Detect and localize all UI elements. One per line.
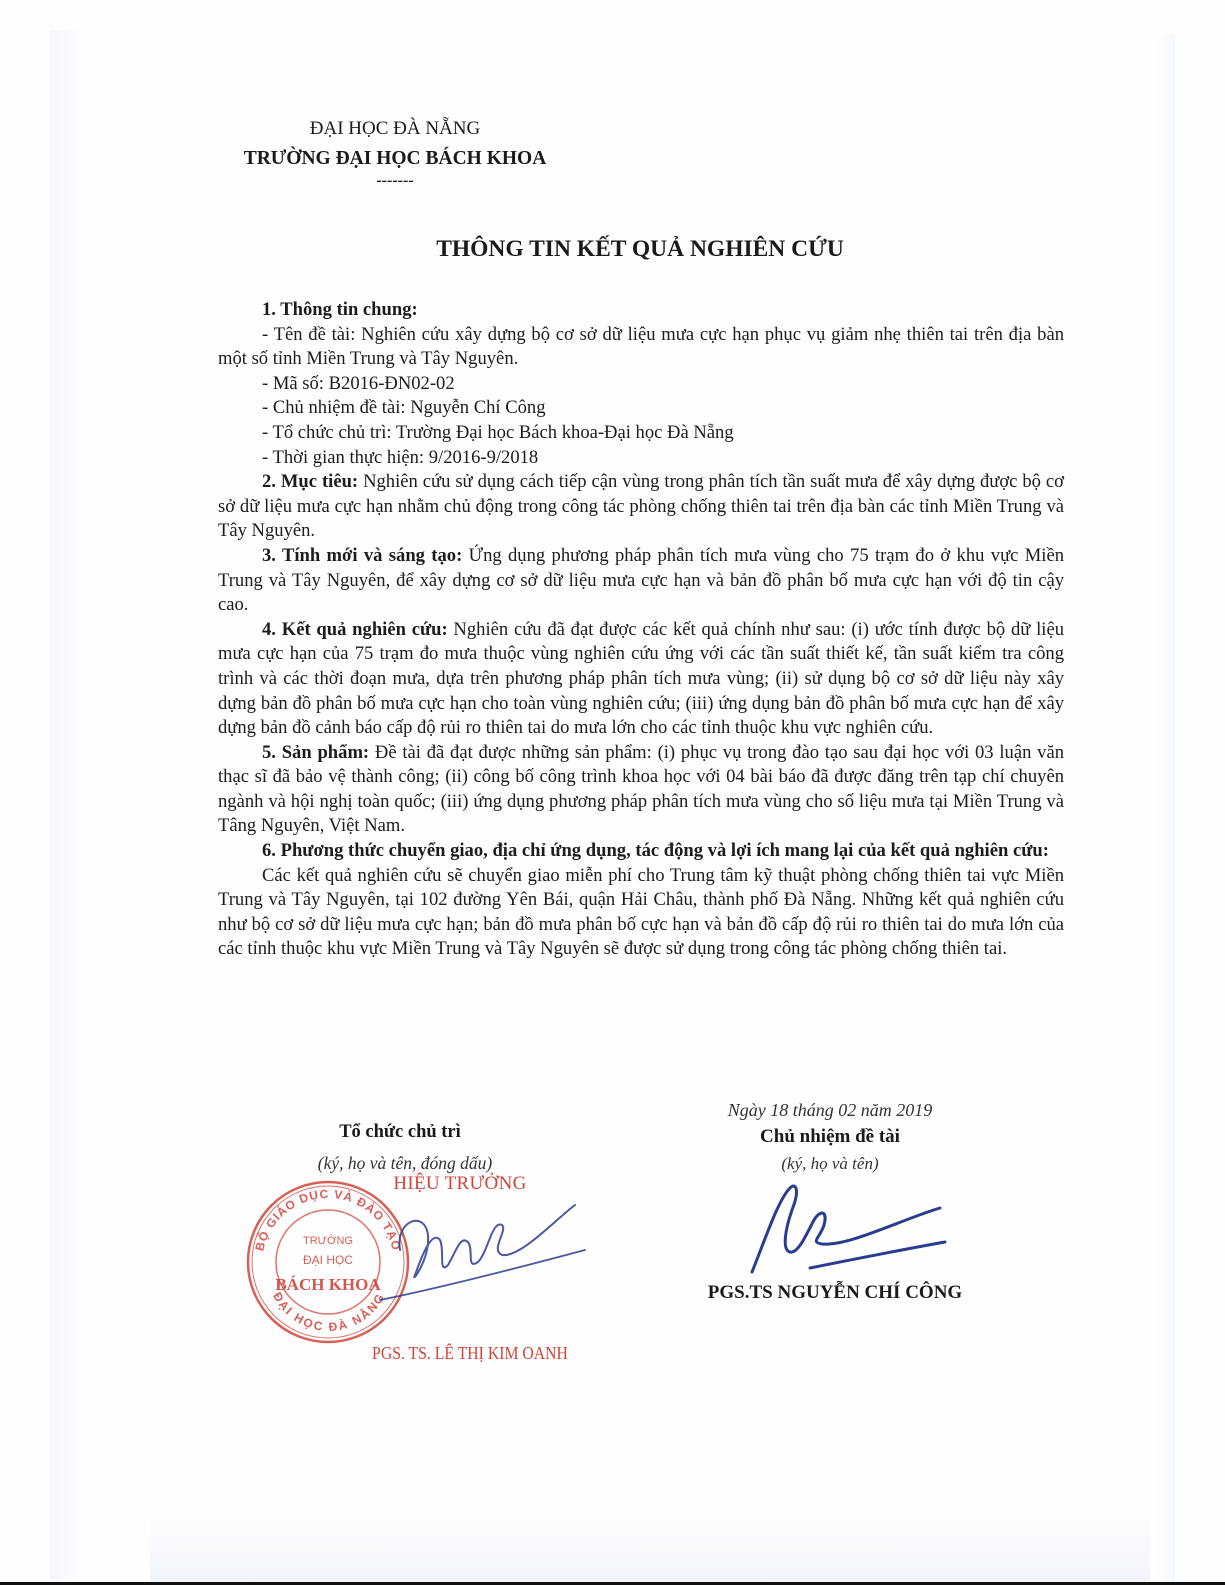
host-line: - Tổ chức chủ trì: Trường Đại học Bách k…: [218, 421, 1064, 446]
section-transfer-text: Các kết quả nghiên cứu sẽ chuyển giao mi…: [218, 864, 1064, 962]
stamp-line1: TRƯỜNG: [303, 1234, 353, 1247]
header-separator: -------: [350, 172, 440, 190]
project-lead-signature: [740, 1180, 960, 1280]
scan-edge-right: [1155, 35, 1175, 1585]
objective-heading: 2. Mục tiêu:: [262, 471, 358, 492]
stamp-line3: BÁCH KHOA: [275, 1275, 381, 1294]
scan-bottom-shade: [150, 1510, 1150, 1582]
host-signature: [370, 1180, 590, 1310]
host-org-signatory-name: PGS. TS. LÊ THỊ KIM OANH: [353, 1343, 587, 1364]
project-lead-title: Chủ nhiệm đề tài: [720, 1126, 940, 1148]
section-general-heading: 1. Thông tin chung:: [218, 298, 1064, 323]
host-org-title: Tổ chức chủ trì: [300, 1122, 500, 1143]
document-body: 1. Thông tin chung: - Tên đề tài: Nghiên…: [218, 298, 1064, 962]
heading-text: 1. Thông tin chung:: [262, 299, 418, 320]
products-heading: 5. Sản phẩm:: [262, 742, 369, 763]
project-lead-note: (ký, họ và tên): [740, 1154, 920, 1174]
section-novelty: 3. Tính mới và sáng tạo: Ứng dụng phương…: [218, 544, 1064, 618]
section-objective: 2. Mục tiêu: Nghiên cứu sử dụng cách tiế…: [218, 470, 1064, 544]
header-university: ĐẠI HỌC ĐÀ NẴNG: [250, 118, 540, 140]
duration-line: - Thời gian thực hiện: 9/2016-9/2018: [218, 446, 1064, 471]
topic-label: - Tên đề tài:: [262, 324, 355, 345]
lead-line: - Chủ nhiệm đề tài: Nguyễn Chí Công: [218, 396, 1064, 421]
document-page: ĐẠI HỌC ĐÀ NẴNG TRƯỜNG ĐẠI HỌC BÁCH KHOA…: [0, 0, 1225, 1585]
results-heading: 4. Kết quả nghiên cứu:: [262, 619, 448, 640]
stamp-line2: ĐẠI HỌC: [303, 1253, 353, 1267]
novelty-heading: 3. Tính mới và sáng tạo:: [262, 545, 462, 566]
header-school: TRƯỜNG ĐẠI HỌC BÁCH KHOA: [215, 148, 575, 170]
code-line: - Mã số: B2016-ĐN02-02: [218, 372, 1064, 397]
project-lead-name: PGS.TS NGUYỄN CHÍ CÔNG: [670, 1282, 1000, 1304]
topic-line: - Tên đề tài: Nghiên cứu xây dựng bộ cơ …: [218, 323, 1064, 372]
scan-edge-left: [50, 30, 84, 1580]
section-results: 4. Kết quả nghiên cứu: Nghiên cứu đã đạt…: [218, 618, 1064, 741]
host-org-note: (ký, họ và tên, đóng dấu): [270, 1153, 540, 1174]
section-products: 5. Sản phẩm: Đề tài đã đạt được những sả…: [218, 741, 1064, 839]
section-transfer-heading: 6. Phương thức chuyển giao, địa chỉ ứng …: [218, 839, 1064, 864]
signature-date: Ngày 18 tháng 02 năm 2019: [690, 1100, 970, 1121]
document-title: THÔNG TIN KẾT QUẢ NGHIÊN CỨU: [380, 236, 900, 263]
